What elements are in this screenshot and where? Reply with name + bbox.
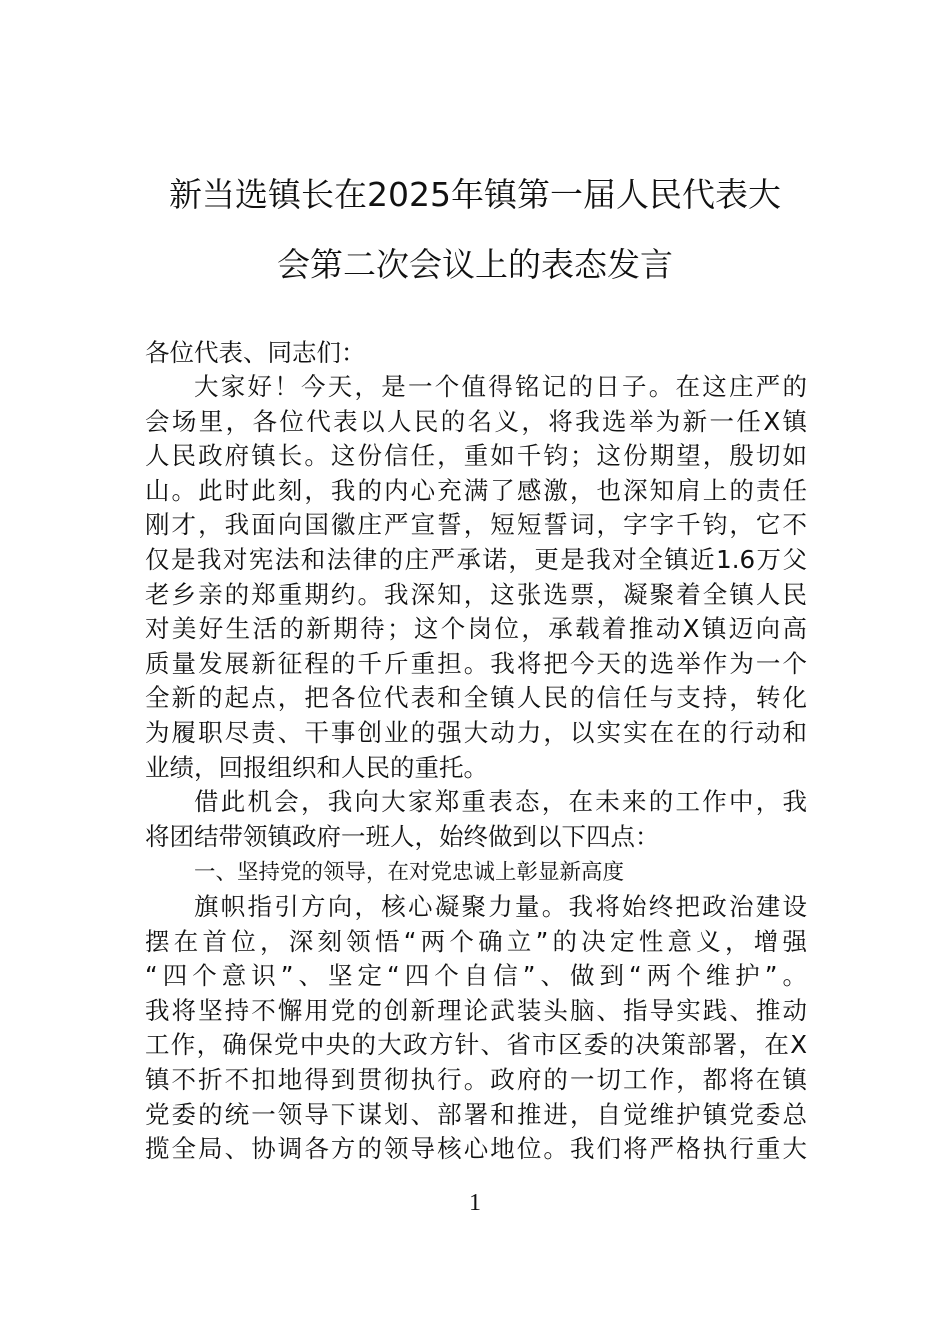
body-line: 老乡亲的郑重期约。我深知，这张选票，凝聚着全镇人民 xyxy=(145,578,807,612)
body-line: 会场里，各位代表以人民的名义，将我选举为新一任X镇 xyxy=(145,405,807,439)
body-line: 将团结带领镇政府一班人，始终做到以下四点： xyxy=(145,820,807,854)
section-line: 摆在首位，深刻领悟“两个确立”的决定性意义，增强 xyxy=(145,925,807,959)
section-line: “四个意识”、坚定“四个自信”、做到“两个维护”。 xyxy=(145,959,807,993)
body-line: 借此机会，我向大家郑重表态，在未来的工作中，我 xyxy=(194,785,807,819)
section-line: 揽全局、协调各方的领导核心地位。我们将严格执行重大 xyxy=(145,1132,807,1166)
salutation: 各位代表、同志们： xyxy=(145,336,807,370)
document-title-line-2: 会第二次会议上的表态发言 xyxy=(0,243,950,287)
body-line: 人民政府镇长。这份信任，重如千钧；这份期望，殷切如 xyxy=(145,439,807,473)
body-line: 质量发展新征程的千斤重担。我将把今天的选举作为一个 xyxy=(145,647,807,681)
section-line: 旗帜指引方向，核心凝聚力量。我将始终把政治建设 xyxy=(194,890,807,924)
section-line: 党委的统一领导下谋划、部署和推进，自觉维护镇党委总 xyxy=(145,1098,807,1132)
section-line: 镇不折不扣地得到贯彻执行。政府的一切工作，都将在镇 xyxy=(145,1063,807,1097)
body-line: 仅是我对宪法和法律的庄严承诺，更是我对全镇近1.6万父 xyxy=(145,543,807,577)
page-number: 1 xyxy=(0,1186,950,1220)
body-line: 山。此时此刻，我的内心充满了感激，也深知肩上的责任 xyxy=(145,474,807,508)
body-line: 全新的起点，把各位代表和全镇人民的信任与支持，转化 xyxy=(145,681,807,715)
section-line: 我将坚持不懈用党的创新理论武装头脑、指导实践、推动 xyxy=(145,994,807,1028)
body-line: 大家好！今天，是一个值得铭记的日子。在这庄严的 xyxy=(194,370,807,404)
section-line: 工作，确保党中央的大政方针、省市区委的决策部署，在X xyxy=(145,1028,807,1062)
body-line: 对美好生活的新期待；这个岗位，承载着推动X镇迈向高 xyxy=(145,612,807,646)
document-page: 新当选镇长在2025年镇第一届人民代表大 会第二次会议上的表态发言 各位代表、同… xyxy=(0,0,950,1344)
body-line: 业绩，回报组织和人民的重托。 xyxy=(145,751,807,785)
section-heading: 一、坚持党的领导，在对党忠诚上彰显新高度 xyxy=(194,856,624,890)
document-title-line-1: 新当选镇长在2025年镇第一届人民代表大 xyxy=(0,173,950,217)
body-line: 为履职尽责、干事创业的强大动力，以实实在在的行动和 xyxy=(145,716,807,750)
body-line: 刚才，我面向国徽庄严宣誓，短短誓词，字字千钧，它不 xyxy=(145,508,807,542)
